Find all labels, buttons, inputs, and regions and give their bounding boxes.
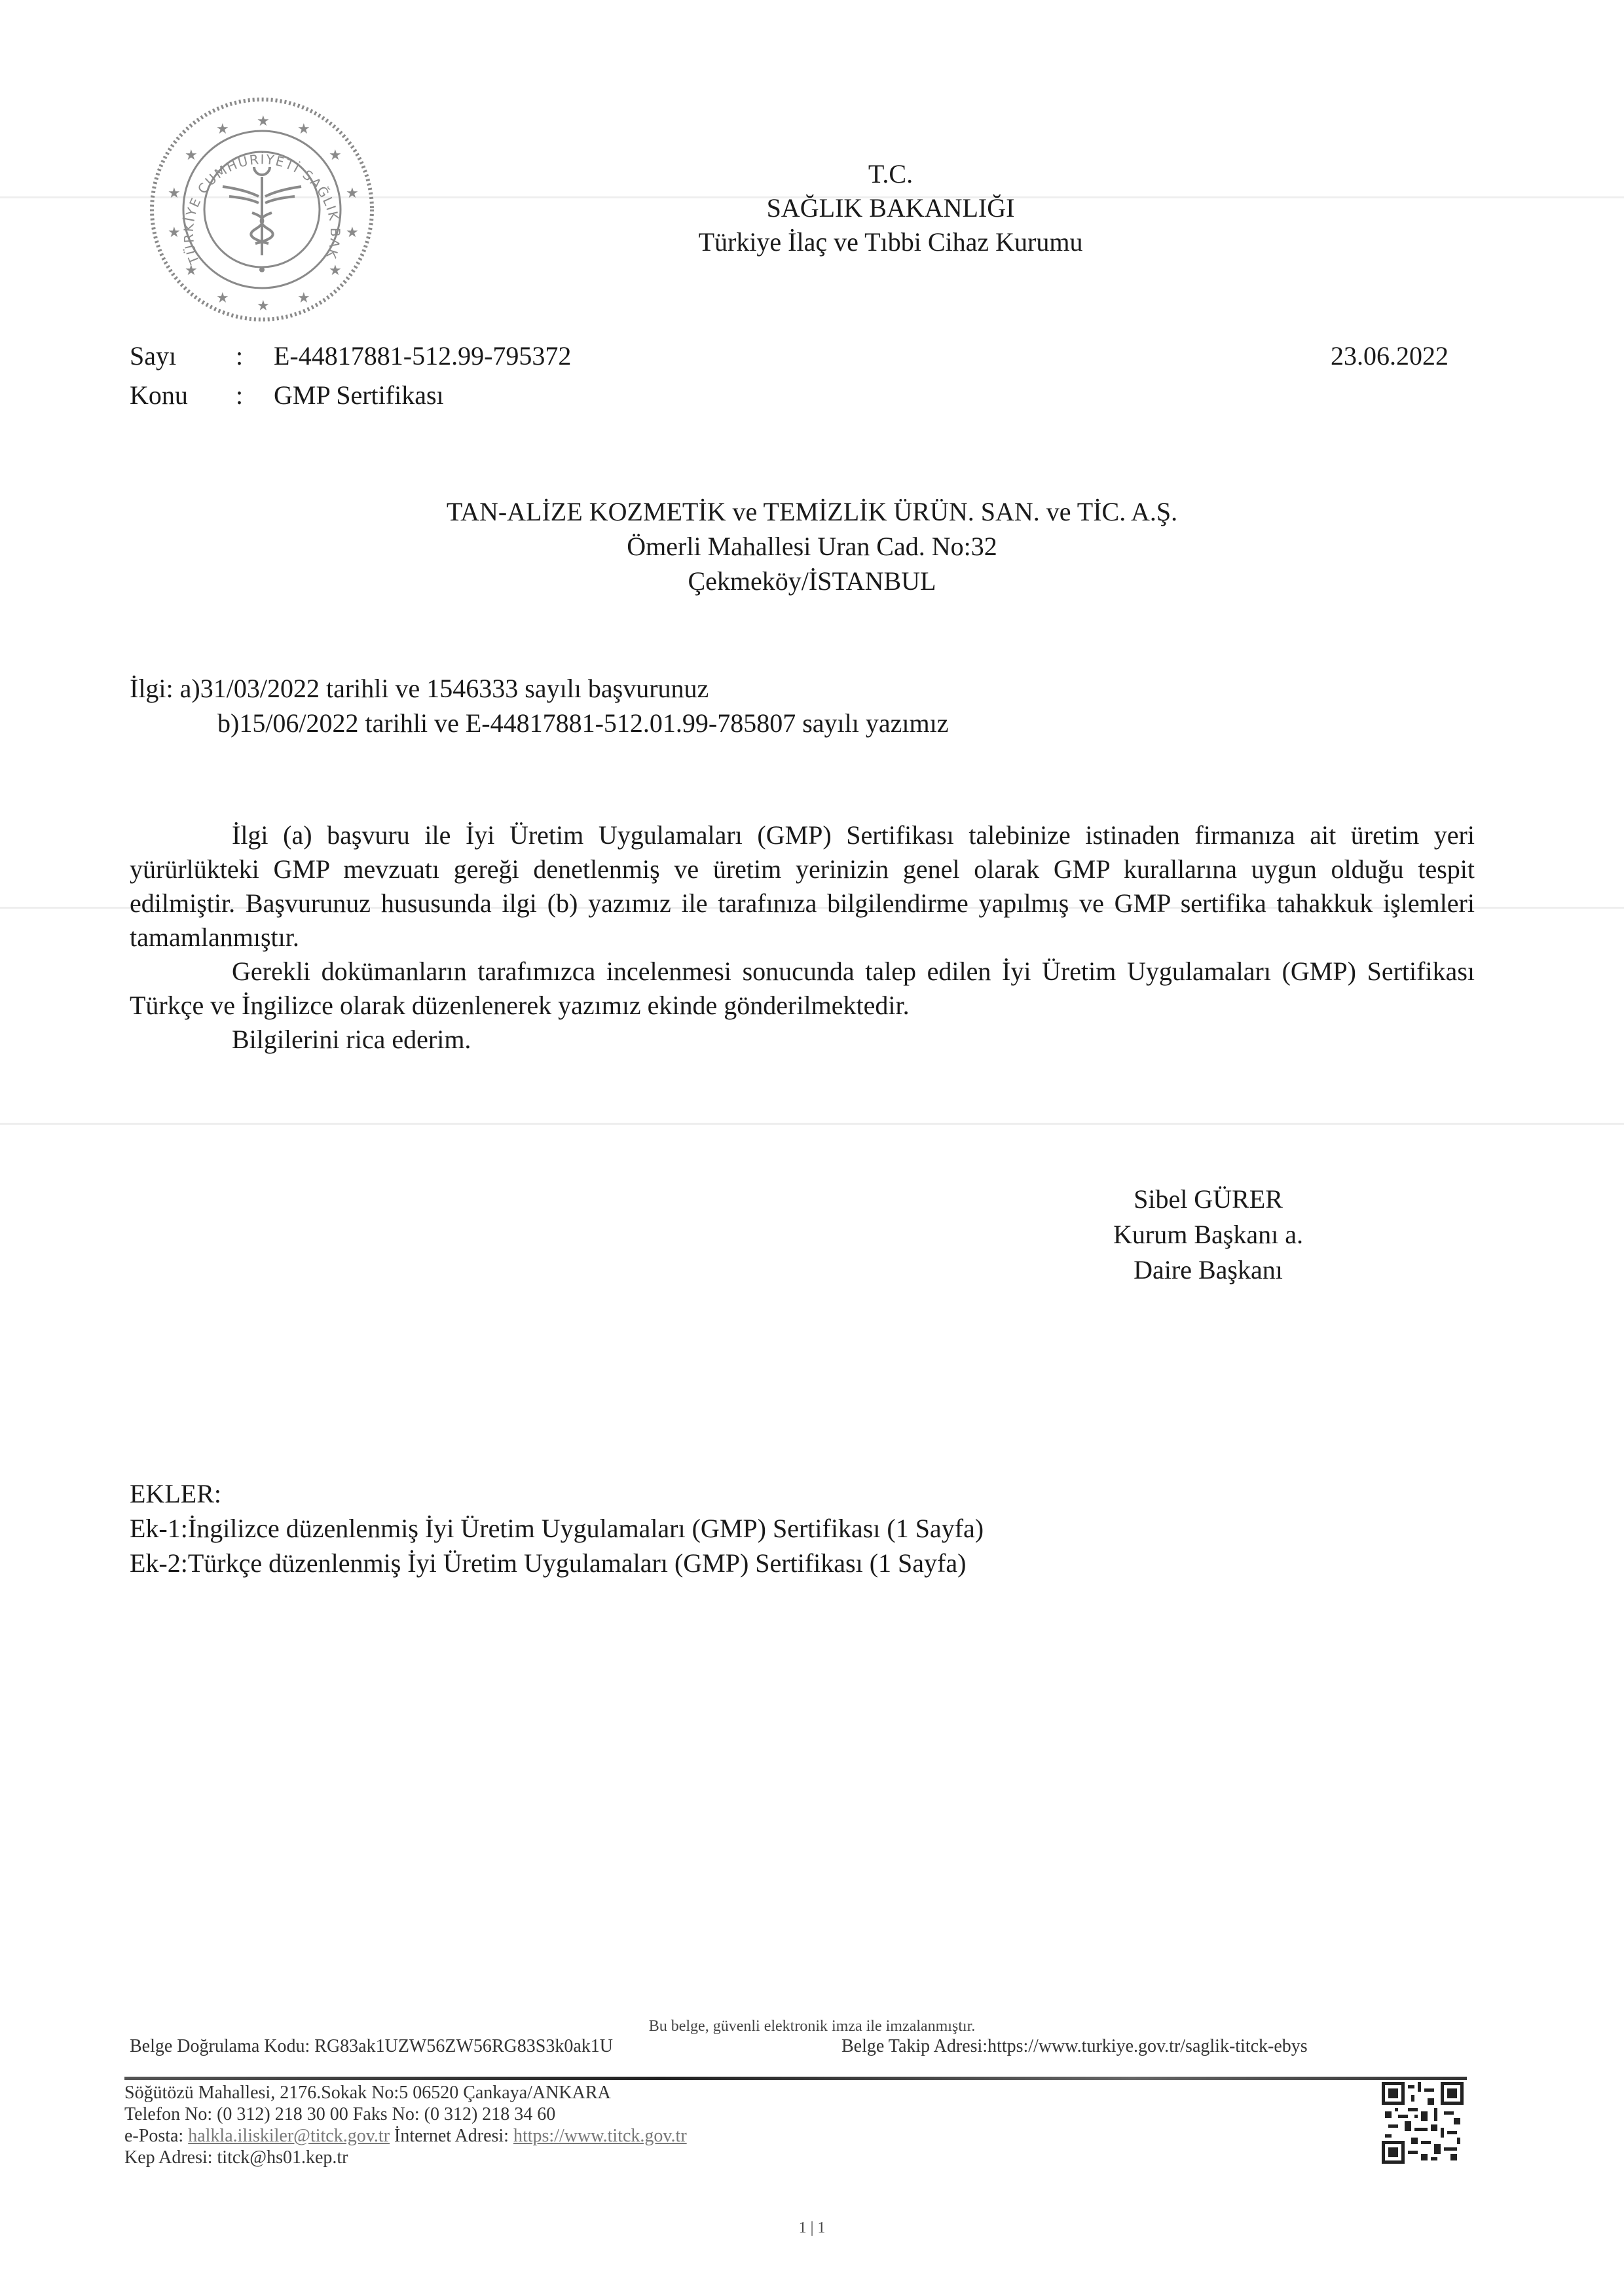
body-paragraph-3: Bilgilerini rica ederim. [130,1023,1475,1057]
letterhead: T.C. SAĞLIK BAKANLIĞI Türkiye İlaç ve Tı… [0,157,1624,259]
esign-note: Bu belge, güvenli elektronik imza ile im… [0,2018,1624,2035]
contact-email-web: e-Posta: halkla.iliskiler@titck.gov.tr İ… [124,2125,687,2147]
reference-a: İlgi: a)31/03/2022 tarihli ve 1546333 sa… [130,671,948,706]
attachment-item: Ek-1:İngilizce düzenlenmiş İyi Üretim Uy… [130,1511,984,1546]
recipient-street: Ömerli Mahallesi Uran Cad. No:32 [0,529,1624,564]
attachment-item: Ek-2:Türkçe düzenlenmiş İyi Üretim Uygul… [130,1546,984,1580]
signature-block: Sibel GÜRER Kurum Başkanı a. Daire Başka… [1113,1182,1303,1288]
reference-block: İlgi: a)31/03/2022 tarihli ve 1546333 sa… [130,671,948,740]
email-label: e-Posta: [124,2126,188,2146]
contact-kep: Kep Adresi: titck@hs01.kep.tr [124,2147,687,2168]
body-paragraph-2: Gerekli dokümanların tarafımızca incelen… [130,955,1475,1023]
header-agency: Türkiye İlaç ve Tıbbi Cihaz Kurumu [157,225,1624,259]
contact-address: Söğütözü Mahallesi, 2176.Sokak No:5 0652… [124,2082,687,2104]
document-date: 23.06.2022 [1331,340,1449,371]
email-link[interactable]: halkla.iliskiler@titck.gov.tr [188,2126,390,2146]
sayi-value: E-44817881-512.99-795372 [274,340,571,371]
verification-code: Belge Doğrulama Kodu: RG83ak1UZW56ZW56RG… [130,2036,613,2057]
sayi-label: Sayı [130,340,176,371]
svg-text:★: ★ [216,290,229,306]
svg-text:★: ★ [257,113,270,130]
konu-label: Konu [130,380,188,410]
recipient-block: TAN-ALİZE KOZMETİK ve TEMİZLİK ÜRÜN. SAN… [0,494,1624,598]
contact-block: Söğütözü Mahallesi, 2176.Sokak No:5 0652… [124,2082,687,2168]
sayi-separator: : [236,340,243,371]
header-ministry: SAĞLIK BAKANLIĞI [157,191,1624,225]
attachments-block: EKLER: Ek-1:İngilizce düzenlenmiş İyi Ür… [130,1476,984,1580]
svg-text:★: ★ [216,121,229,137]
website-link[interactable]: https://www.titck.gov.tr [513,2126,687,2146]
footer-divider [124,2077,1467,2080]
qr-code-icon [1382,2082,1464,2164]
contact-phone: Telefon No: (0 312) 218 30 00 Faks No: (… [124,2104,687,2125]
svg-text:★: ★ [257,298,270,314]
tracking-address[interactable]: Belge Takip Adresi:https://www.turkiye.g… [841,2036,1308,2057]
scan-artifact [0,1123,1624,1125]
signatory-title-2: Daire Başkanı [1113,1252,1303,1288]
konu-separator: : [236,380,243,410]
signatory-name: Sibel GÜRER [1113,1182,1303,1217]
header-tc: T.C. [157,157,1624,191]
page-number: 1 | 1 [0,2219,1624,2237]
signatory-title-1: Kurum Başkanı a. [1113,1217,1303,1252]
svg-text:★: ★ [297,290,310,306]
konu-value: GMP Sertifikası [274,380,444,410]
reference-b: b)15/06/2022 tarihli ve E-44817881-512.0… [130,706,948,740]
svg-text:★: ★ [297,121,310,137]
letter-body: İlgi (a) başvuru ile İyi Üretim Uygulama… [130,818,1475,1057]
svg-text:★: ★ [329,263,342,279]
body-paragraph-1: İlgi (a) başvuru ile İyi Üretim Uygulama… [130,818,1475,955]
recipient-name: TAN-ALİZE KOZMETİK ve TEMİZLİK ÜRÜN. SAN… [0,494,1624,529]
recipient-city: Çekmeköy/İSTANBUL [0,564,1624,598]
web-label: İnternet Adresi: [390,2126,513,2146]
attachments-heading: EKLER: [130,1476,984,1511]
